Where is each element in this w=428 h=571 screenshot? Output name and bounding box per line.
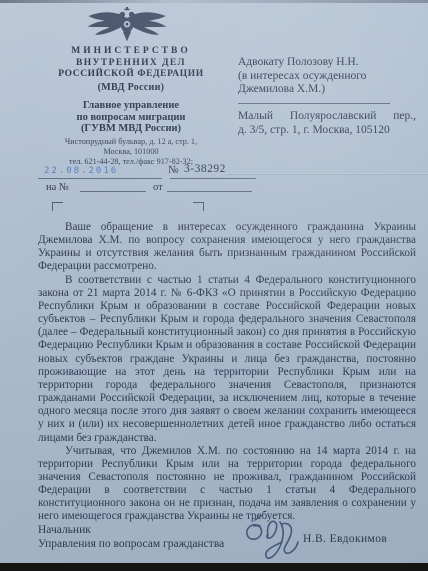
body-paragraph-3: Учитывая, что Джемилов Х.М. по состоянию… [38,445,416,524]
letterhead-city: Москва, 101000 [32,147,230,157]
outgoing-number: 3-38292 [184,163,226,175]
photo-bottom-edge [0,563,428,571]
body-paragraph-2: В соответствии с частью 1 статьи 4 Федер… [38,274,416,445]
ministry-name-line2: ВНУТРЕННИХ ДЕЛ [32,58,230,70]
paper-fold-crease [225,173,428,175]
ministry-name-line3: РОССИЙСКОЙ ФЕДЕРАЦИИ [32,69,230,81]
letterhead-department: Главное управление по вопросам миграции … [32,100,230,135]
incoming-ref-underline [80,191,146,192]
addressee-block: Адвокату Полозову Н.Н. (в интересах осуж… [238,56,418,97]
signer-title-line1: Начальник [38,523,224,537]
ministry-name-line1: МИНИСТЕРСТВО [32,46,230,58]
letterhead-street: Чистопрудный бульвар, д. 12 а, стр. 1, [32,137,230,147]
letterhead-ministry: МИНИСТЕРСТВО ВНУТРЕННИХ ДЕЛ РОССИЙСКОЙ Ф… [32,46,230,93]
department-line1: Главное управление [32,100,230,112]
incoming-date-underline [167,191,252,192]
incoming-date-label: от [153,182,163,193]
signer-title: Начальник Управления по вопросам граждан… [38,523,224,551]
addressee-note-line2: Джемилова Х.М.) [238,83,418,97]
signer-name: Н.В. Евдокимов [303,533,387,545]
ministry-abbreviation: (МВД России) [32,82,230,94]
addressee-divider [238,103,390,104]
addressee-address: Малый Полуярославский пер., д. 3/5, стр.… [238,110,416,137]
department-abbreviation: (ГУВМ МВД России) [32,123,230,135]
number-sign-label: № [168,164,179,176]
document-photo: МИНИСТЕРСТВО ВНУТРЕННИХ ДЕЛ РОССИЙСКОЙ Ф… [0,0,428,571]
address-zone-corner-left-icon [52,202,63,211]
incoming-ref-label: на № [46,182,69,193]
date-stamp: 22.08.2016 [44,166,118,176]
addressee-street: Малый Полуярославский пер., [238,110,416,124]
addressee-note-line1: (в интересах осужденного [238,70,418,84]
date-underline [38,178,162,179]
letter-body: Ваше обращение в интересах осужденного г… [38,221,416,524]
address-zone-corner-right-icon [193,202,204,211]
signer-title-line2: Управления по вопросам гражданства [38,537,224,551]
mvd-eagle-icon [86,5,168,45]
department-line2: по вопросам миграции [32,112,230,124]
addressee-city: д. 3/5, стр. 1, г. Москва, 105120 [238,124,416,138]
body-paragraph-1: Ваше обращение в интересах осужденного г… [38,221,416,274]
handwritten-signature [238,514,310,570]
number-underline [170,178,256,179]
addressee-name: Адвокату Полозову Н.Н. [238,56,418,70]
